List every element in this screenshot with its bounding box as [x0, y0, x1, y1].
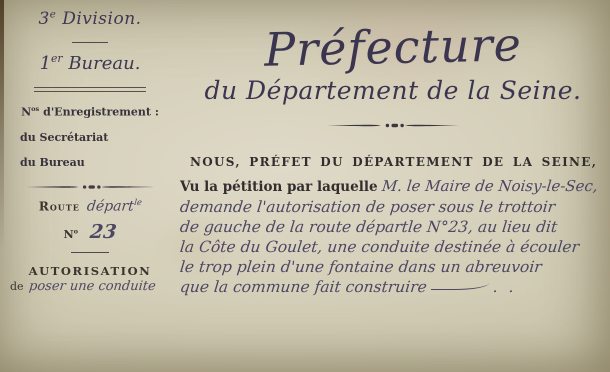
pen-flourish	[431, 283, 489, 290]
authorization-lead: de	[10, 280, 24, 293]
end-dots: . .	[492, 277, 518, 297]
route-number-handwritten: 23	[89, 221, 118, 243]
handwritten-line: que la commune fait construire. .	[178, 277, 608, 297]
registration-line: du Bureau	[2, 156, 178, 169]
authorization-line: de poser une conduite	[2, 279, 178, 294]
registration-line: du Secrétariat	[2, 131, 178, 144]
handwritten-text: le trop plein d'une fontaine dans un abr…	[179, 257, 543, 277]
bureau-superscript: er	[51, 52, 63, 65]
route-line: Route départle	[2, 197, 178, 215]
route-number-line: No 23	[2, 221, 178, 243]
divider-rule	[72, 42, 108, 43]
divider-swash-ornament	[26, 182, 154, 192]
handwritten-line: le trop plein d'une fontaine dans un abr…	[178, 257, 608, 277]
margin-column: 3e Division. 1er Bureau. Nos d'Enregistr…	[2, 0, 178, 294]
handwritten-line: demande l'autorisation de poser sous le …	[178, 197, 608, 217]
handwritten-text: la Côte du Goulet, une conduite destinée…	[179, 237, 580, 257]
divider-double-rule	[34, 87, 146, 92]
bureau-number: 1	[40, 53, 51, 74]
registration-superscript: os	[31, 105, 39, 113]
authorization-heading: AUTORISATION	[2, 264, 178, 278]
document-subtitle: du Département de la Seine.	[178, 76, 608, 105]
route-value: départ	[86, 198, 135, 214]
number-superscript: o	[74, 228, 78, 236]
divider-swash-ornament	[327, 120, 459, 131]
division-word: Division.	[62, 9, 141, 29]
registration-rest: d'Enregistrement :	[43, 106, 159, 119]
bureau-word: Bureau.	[68, 53, 140, 74]
registration-n: N	[21, 106, 31, 119]
salutation-line: NOUS, PRÉFET DU DÉPARTEMENT DE LA SEINE,	[178, 155, 608, 169]
division-number: 3	[38, 9, 49, 29]
route-value-superscript: le	[133, 197, 142, 207]
handwritten-text: de gauche de la route départle N°23, au …	[179, 217, 558, 237]
handwritten-line: de gauche de la route départle N°23, au …	[178, 217, 608, 237]
petition-printed-lead: Vu la pétition par laquelle	[180, 179, 378, 195]
petition-paragraph: Vu la pétition par laquelle M. le Maire …	[178, 176, 608, 197]
handwritten-text: que la commune fait construire	[179, 277, 428, 297]
route-handwritten-value: départle	[86, 197, 142, 215]
route-label: Route	[39, 199, 80, 213]
division-heading: 3e Division.	[2, 9, 178, 29]
division-superscript: e	[50, 9, 57, 20]
petition-handwritten-start: M. le Maire de Noisy-le-Sec,	[381, 176, 599, 196]
document-title: Préfecture	[177, 16, 608, 79]
handwritten-line: la Côte du Goulet, une conduite destinée…	[178, 237, 608, 257]
bureau-heading: 1er Bureau.	[2, 52, 178, 74]
number-label: N	[64, 228, 74, 241]
divider-rule	[71, 252, 109, 253]
handwritten-text: demande l'autorisation de poser sous le …	[179, 197, 556, 217]
registration-heading: Nos d'Enregistrement :	[2, 105, 178, 119]
authorization-handwritten: poser une conduite	[28, 279, 156, 294]
document-scan: 3e Division. 1er Bureau. Nos d'Enregistr…	[0, 0, 610, 372]
document-body: Préfecture du Département de la Seine. N…	[178, 0, 608, 297]
